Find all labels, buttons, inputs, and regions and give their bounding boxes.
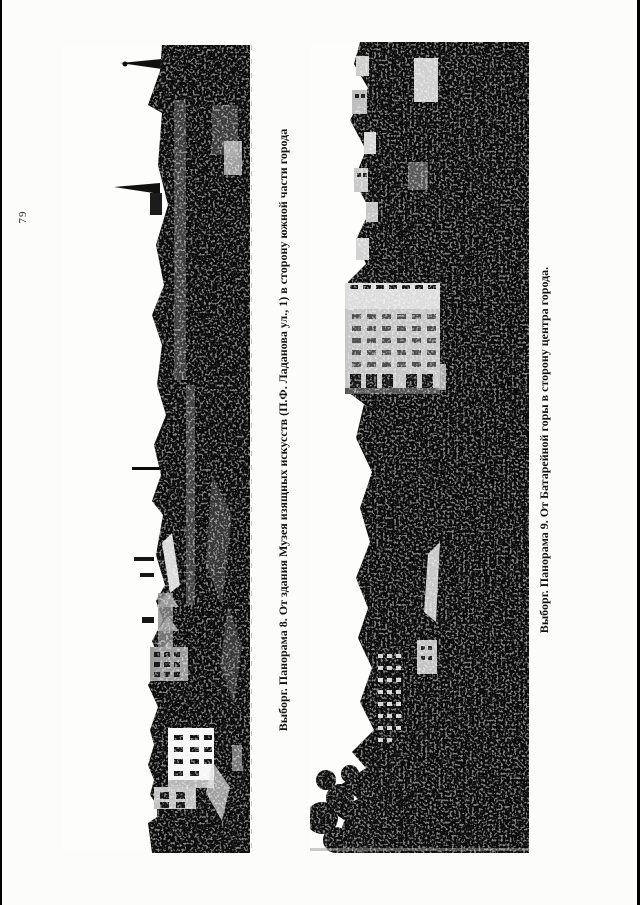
photo-edge-dashed (251, 45, 252, 853)
scan-edge-left (0, 0, 2, 905)
panorama-9-art (310, 42, 529, 853)
scanned-page: 79 (0, 0, 640, 905)
page-number: 79 (16, 197, 30, 237)
figure-caption-panorama-8: Выборг. Панорама 8. От здания Музея изящ… (275, 150, 291, 710)
panorama-8-art (62, 45, 250, 853)
panorama-8-photo (62, 45, 250, 853)
figure-caption-panorama-9: Выборг. Панорама 9. От Батарейной горы в… (536, 282, 552, 618)
panorama-9-photo (310, 42, 529, 853)
